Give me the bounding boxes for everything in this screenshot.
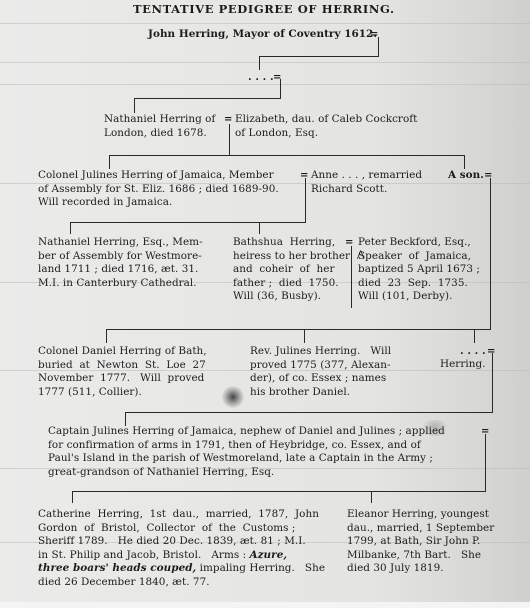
entry-catherine-herring: Catherine Herring, 1st dau., married, 17… <box>38 508 325 589</box>
descent-line <box>134 98 135 113</box>
descent-line <box>72 491 73 503</box>
entry-line: 1777 (511, Collier). <box>38 386 142 398</box>
entry-line: Elizabeth, dau. of Caleb Cockcroft <box>235 113 417 125</box>
entry-line: baptized 5 April 1673 ; <box>358 263 480 275</box>
scan-line <box>0 23 530 24</box>
ink-smudge <box>420 420 450 436</box>
entry-line: ber of Assembly for Westmore- <box>38 250 202 262</box>
descent-line <box>71 222 306 223</box>
entry-line: impaling Herring. She <box>196 562 325 574</box>
descent-line <box>474 329 475 343</box>
entry-john-herring: John Herring, Mayor of Coventry 1612. <box>148 28 377 42</box>
entry-peter-beckford: Peter Beckford, Esq., Speaker of Jamaica… <box>358 236 480 304</box>
entry-eleanor-herring: Eleanor Herring, youngest dau., married,… <box>347 508 494 576</box>
entry-line: died 23 Sep. 1735. <box>358 277 468 289</box>
entry-line: for confirmation of arms in 1791, then o… <box>48 439 421 451</box>
entry-line: Richard Scott. <box>311 183 387 195</box>
entry-line: Colonel Daniel Herring of Bath, <box>38 345 207 357</box>
entry-line: Catherine Herring, 1st dau., married, 17… <box>38 508 319 520</box>
entry-rev-julines-herring: Rev. Julines Herring. Will proved 1775 (… <box>250 345 391 399</box>
arms-blazon: three boars' heads couped, <box>38 562 196 574</box>
entry-line: Bathshua Herring, <box>233 236 335 248</box>
entry-line: and coheir of her <box>233 263 334 275</box>
descent-line <box>490 178 491 329</box>
descent-line <box>125 412 126 426</box>
descent-line <box>106 329 107 343</box>
document-page: TENTATIVE PEDIGREE OF HERRING. John Herr… <box>0 0 530 608</box>
entry-line: his brother Daniel. <box>250 386 350 398</box>
descent-line <box>351 246 352 308</box>
entry-line: Sheriff 1789. He died 20 Dec. 1839, æt. … <box>38 535 306 547</box>
entry-line: Will (36, Busby). <box>233 290 321 302</box>
entry-line: Eleanor Herring, youngest <box>347 508 489 520</box>
scan-line <box>0 62 530 63</box>
entry-unknown-ancestor: . . . . <box>248 71 274 85</box>
descent-line <box>259 222 260 234</box>
entry-colonel-daniel-herring: Colonel Daniel Herring of Bath, buried a… <box>38 345 207 399</box>
descent-line <box>464 155 465 169</box>
entry-line: died 26 December 1840, æt. 77. <box>38 576 210 588</box>
descent-line <box>229 124 230 156</box>
entry-line: of London, Esq. <box>235 127 318 139</box>
descent-line <box>492 353 493 413</box>
entry-line: Nathaniel Herring, Esq., Mem- <box>38 236 203 248</box>
entry-line: Paul's Island in the parish of Westmorel… <box>48 452 433 464</box>
entry-bathshua-herring: Bathshua Herring, heiress to her brother… <box>233 236 350 304</box>
entry-line: Will (101, Derby). <box>358 290 453 302</box>
entry-line: Colonel Julines Herring of Jamaica, Memb… <box>38 169 274 181</box>
entry-line: Rev. Julines Herring. Will <box>250 345 391 357</box>
entry-line: London, died 1678. <box>104 127 207 139</box>
entry-line: buried at Newton St. Loe 27 <box>38 359 206 371</box>
descent-line <box>378 37 379 56</box>
ink-smudge <box>222 386 244 408</box>
descent-line <box>107 329 491 330</box>
entry-anne-scott: Anne . . . , remarried Richard Scott. <box>311 169 422 196</box>
descent-line <box>280 79 281 98</box>
entry-line: land 1711 ; died 1716, æt. 31. <box>38 263 198 275</box>
entry-elizabeth-cockcroft: Elizabeth, dau. of Caleb Cockcroft of Lo… <box>235 113 417 140</box>
entry-line: November 1777. Will proved <box>38 372 204 384</box>
descent-line <box>304 329 305 343</box>
descent-line <box>73 491 486 492</box>
descent-line <box>371 491 372 503</box>
entry-line: Captain Julines Herring of Jamaica, neph… <box>48 425 445 437</box>
descent-line <box>126 412 493 413</box>
descent-line <box>70 222 71 234</box>
descent-line <box>135 98 281 99</box>
entry-captain-julines-herring: Captain Julines Herring of Jamaica, neph… <box>48 425 445 479</box>
entry-a-son: A son. <box>448 169 484 183</box>
page-edge <box>0 602 530 608</box>
entry-line: M.I. in Canterbury Cathedral. <box>38 277 197 289</box>
entry-nathaniel-herring-london: Nathaniel Herring of London, died 1678. <box>104 113 215 140</box>
descent-line <box>260 56 379 57</box>
entry-line: Speaker of Jamaica, <box>358 250 471 262</box>
entry-line: Nathaniel Herring of <box>104 113 215 125</box>
entry-line: Milbanke, 7th Bart. She <box>347 549 481 561</box>
arms-blazon: Azure, <box>250 549 288 561</box>
entry-colonel-julines-herring: Colonel Julines Herring of Jamaica, Memb… <box>38 169 279 210</box>
entry-line: der), of co. Essex ; names <box>250 372 386 384</box>
entry-line: father ; died 1750. <box>233 277 339 289</box>
descent-line <box>110 155 465 156</box>
entry-line: Anne . . . , remarried <box>311 169 422 181</box>
entry-line: heiress to her brother <box>233 250 350 262</box>
entry-unknown-wife: . . . . <box>460 345 486 359</box>
entry-line: Peter Beckford, Esq., <box>358 236 471 248</box>
entry-herring-unnamed: Herring. <box>440 358 486 372</box>
entry-line: dau., married, 1 September <box>347 522 494 534</box>
entry-line: Gordon of Bristol, Collector of the Cust… <box>38 522 295 534</box>
entry-line: great-grandson of Nathaniel Herring, Esq… <box>48 466 274 478</box>
pedigree-title: TENTATIVE PEDIGREE OF HERRING. <box>133 3 395 17</box>
entry-line: of Assembly for St. Eliz. 1686 ; died 16… <box>38 183 279 195</box>
descent-line <box>485 434 486 491</box>
entry-line: 1799, at Bath, Sir John P. <box>347 535 480 547</box>
entry-line: Will recorded in Jamaica. <box>38 196 172 208</box>
entry-line: in St. Philip and Jacob, Bristol. Arms : <box>38 549 250 561</box>
descent-line <box>259 56 260 70</box>
descent-line <box>305 178 306 223</box>
entry-line: proved 1775 (377, Alexan- <box>250 359 391 371</box>
entry-line: died 30 July 1819. <box>347 562 444 574</box>
descent-line <box>109 155 110 169</box>
entry-nathaniel-herring-esq: Nathaniel Herring, Esq., Mem- ber of Ass… <box>38 236 203 290</box>
